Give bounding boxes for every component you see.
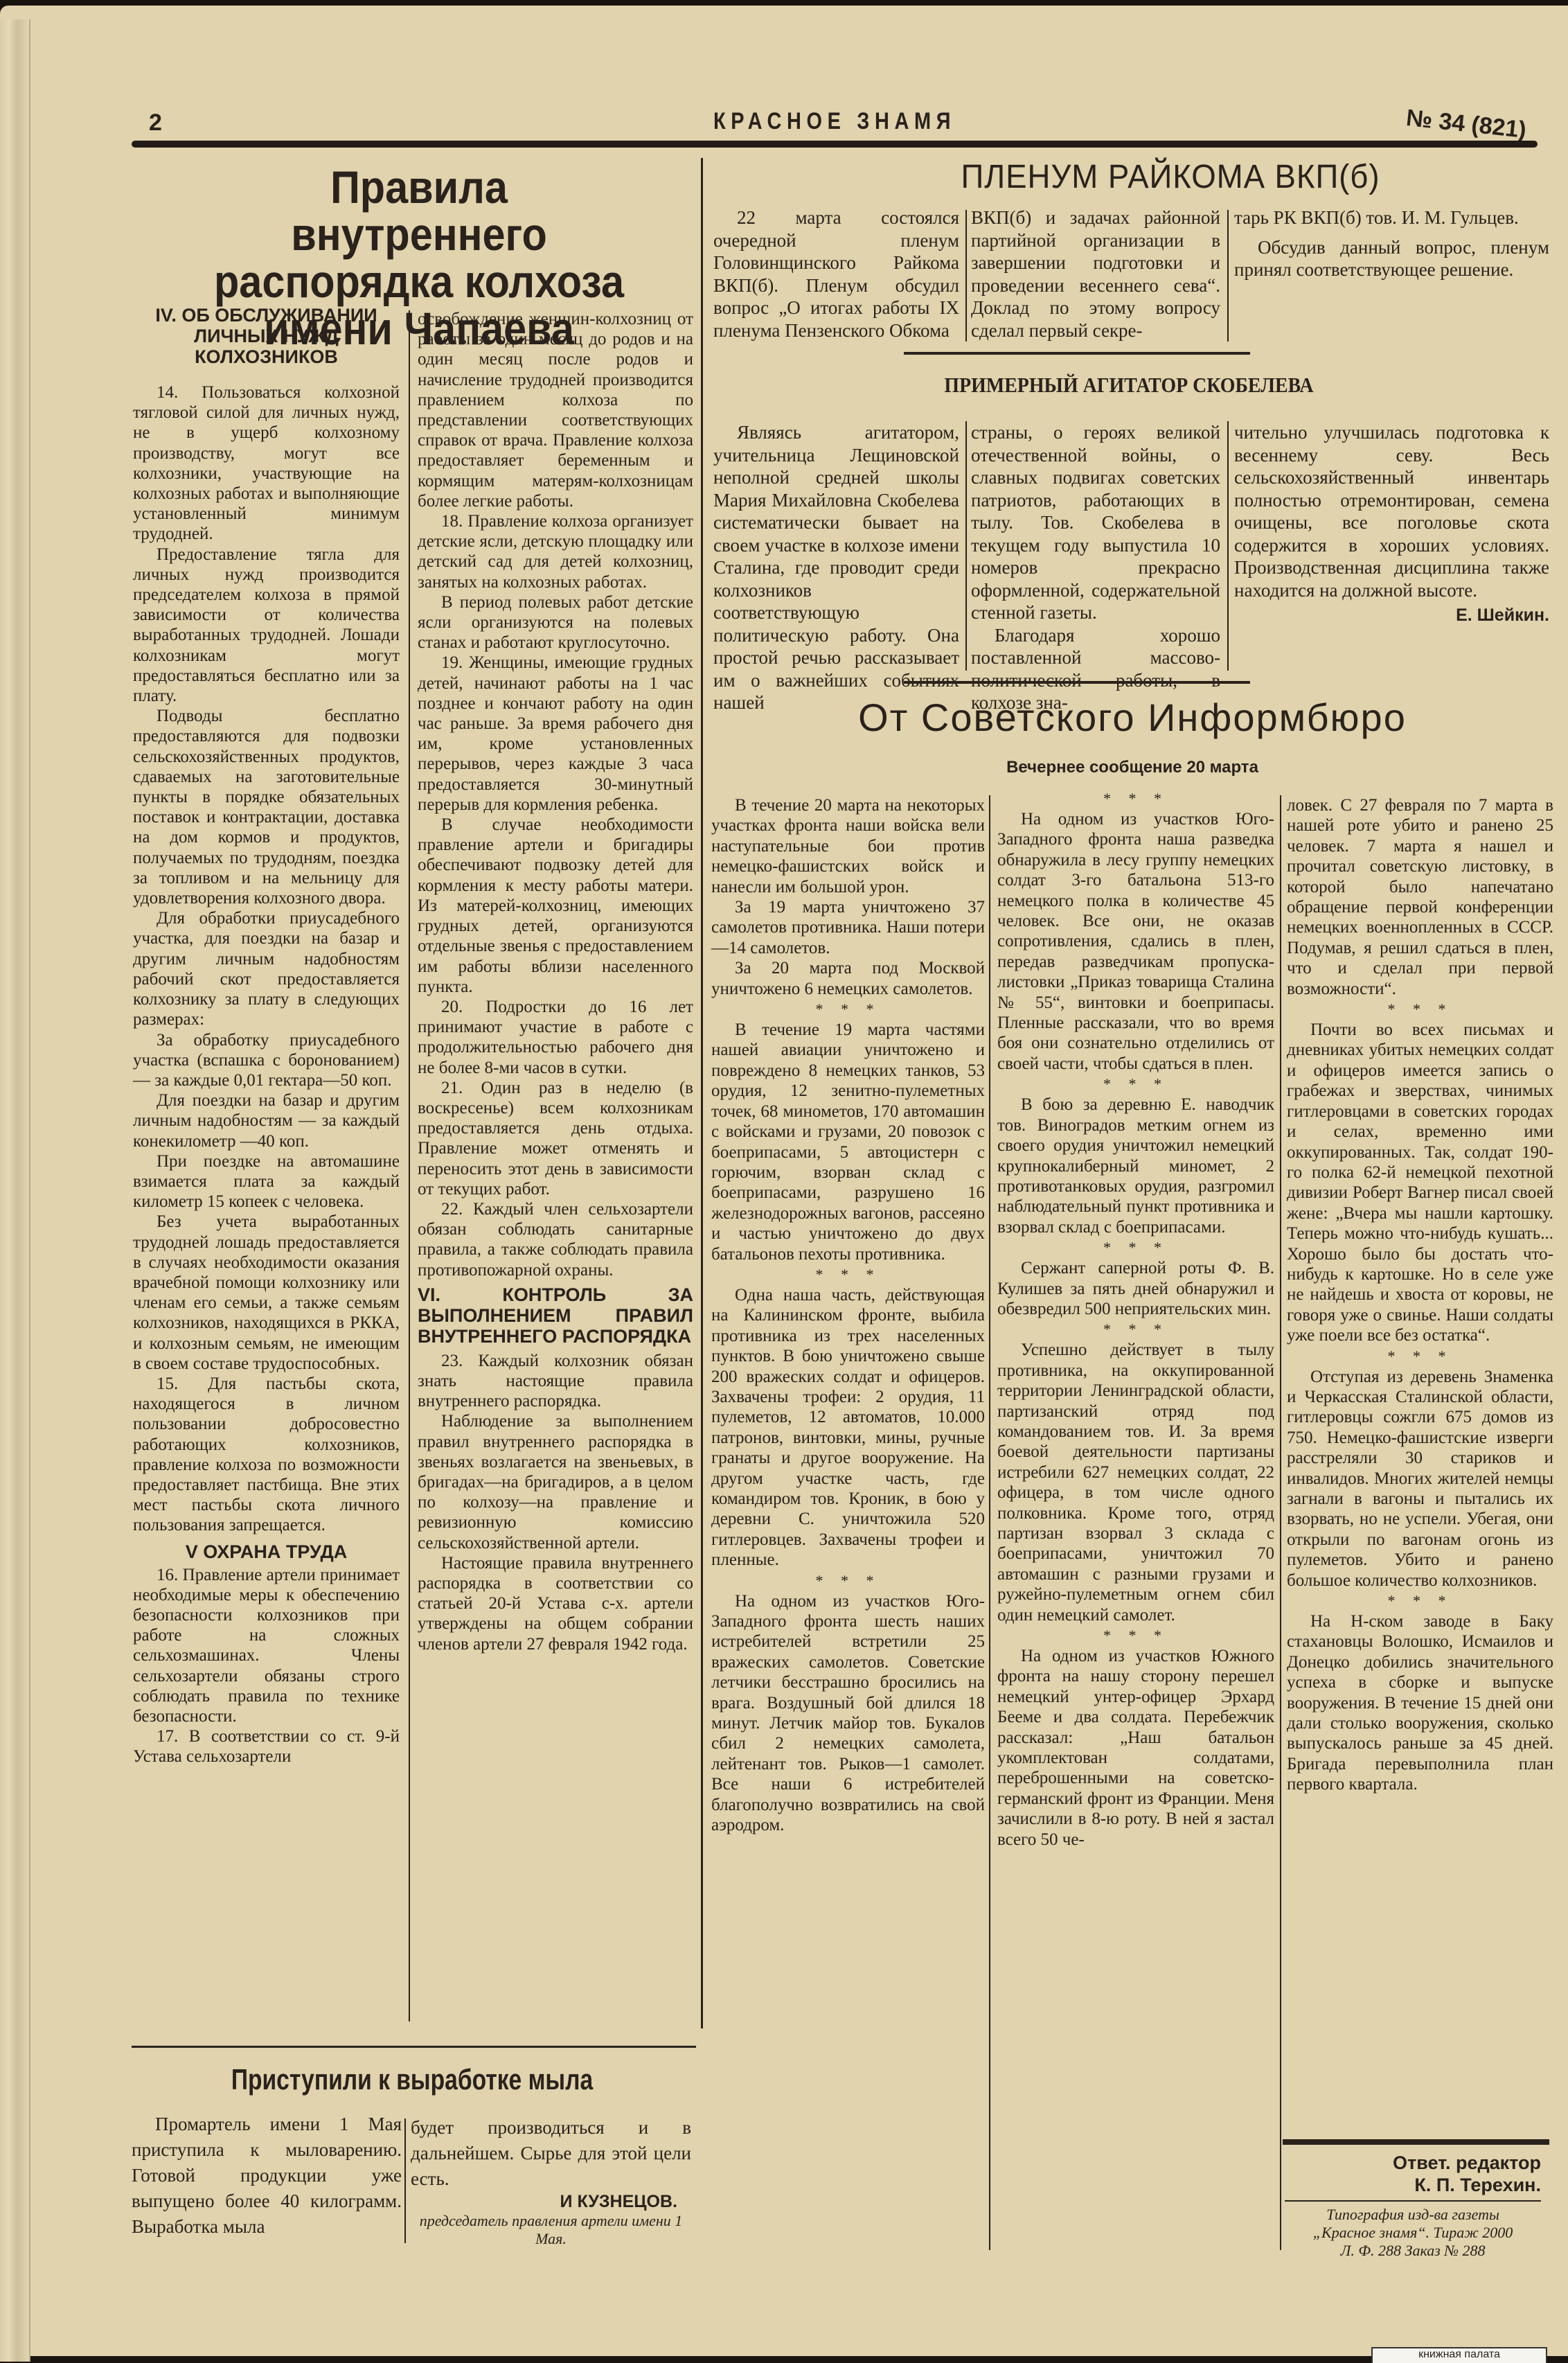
editor-label: Ответ. редактор: [1285, 2152, 1541, 2174]
paragraph: На Н-ском заводе в Баку стахановцы Волош…: [1287, 1611, 1553, 1795]
separator-stars: * * *: [997, 788, 1274, 809]
column-divider: [1227, 210, 1229, 342]
soap-author: И КУЗНЕЦОВ.: [411, 2192, 677, 2212]
paragraph: За 19 марта уничтожено 37 самолетов прот…: [711, 897, 985, 958]
paragraph: При поездке на автомашине взимается плат…: [133, 1151, 400, 1212]
paragraph: Сержант саперной роты Ф. В. Кулишев за п…: [997, 1258, 1274, 1319]
paragraph: 18. Правление колхоза организует детские…: [418, 511, 693, 592]
paragraph: В бою за деревню Е. наводчик тов. Виногр…: [997, 1095, 1274, 1237]
paragraph: Для поездки на базар и другим личным над…: [133, 1090, 400, 1151]
agitator-column-2: страны, о героях великой отечественной в…: [971, 421, 1220, 714]
separator-stars: * * *: [711, 1264, 985, 1285]
paragraph: Промартель имени 1 Мая приступила к мыло…: [132, 2112, 402, 2240]
paragraph: Одна наша часть, действующая на Калининс…: [711, 1285, 985, 1570]
paragraph: Отступая из деревень Знаменка и Черкасск…: [1287, 1367, 1553, 1591]
paragraph: страны, о героях великой отечественной в…: [971, 421, 1220, 624]
paragraph: 20. Подростки до 16 лет принимают участи…: [418, 997, 693, 1078]
rules-column-1: IV. ОБ ОБСЛУЖИВАНИИ ЛИЧНЫХ НУЖД КОЛХОЗНИ…: [133, 305, 400, 1767]
separator-stars: * * *: [997, 1625, 1274, 1646]
paragraph: будет производиться и в дальнейшем. Сырь…: [411, 2115, 691, 2192]
separator-stars: * * *: [711, 1570, 985, 1591]
section-divider: [132, 2046, 696, 2048]
paragraph: 22 марта состоялся очередной пленум Голо…: [713, 206, 959, 342]
paragraph: Настоящие правила внутреннего распорядка…: [418, 1553, 693, 1654]
archive-label: книжная палата: [1371, 2347, 1547, 2356]
imprint-divider: [1285, 2200, 1541, 2202]
paragraph: В случае необходимости правление артели …: [418, 815, 693, 997]
paragraph: На одном из участков Южного фронта на на…: [997, 1646, 1274, 1850]
column-divider: [701, 158, 703, 2028]
paragraph: 22. Каждый член сельхозартели обязан соб…: [418, 1199, 693, 1280]
separator-stars: * * *: [1287, 999, 1553, 1020]
paragraph: Почти во всех письмах и дневниках убитых…: [1287, 1020, 1553, 1346]
agitator-column-3: чительно улучшилась подготовка к весенне…: [1234, 421, 1549, 626]
printing-line-1: Типография изд-ва газеты: [1285, 2206, 1541, 2224]
paragraph: 16. Правление артели принимает необходим…: [133, 1565, 400, 1727]
soap-column-2: будет производиться и в дальнейшем. Сырь…: [411, 2115, 691, 2248]
page-binding-edge: [0, 19, 30, 2356]
masthead-rule: [132, 141, 1538, 148]
column-divider: [409, 310, 410, 2021]
plenum-headline: ПЛЕНУМ РАЙКОМА ВКП(б): [815, 158, 1526, 196]
printing-line-2: „Красное знамя“. Тираж 2000: [1285, 2224, 1541, 2242]
paragraph: Наблюдение за выполнением правил внутрен…: [418, 1411, 693, 1552]
section-v-heading: V ОХРАНА ТРУДА: [133, 1541, 400, 1562]
paragraph: За обработку приусадебного участка (вспа…: [133, 1030, 400, 1091]
paragraph: ВКП(б) и задачах районной партийной орга…: [971, 206, 1220, 342]
separator-stars: * * *: [997, 1237, 1274, 1258]
column-divider: [1280, 795, 1281, 2250]
separator-stars: * * *: [711, 999, 985, 1020]
paragraph: За 20 марта под Москвой уничтожено 6 нем…: [711, 958, 985, 999]
paragraph: 14. Пользоваться колхозной тягловой сило…: [133, 382, 400, 545]
separator-stars: * * *: [997, 1319, 1274, 1340]
paragraph: В течение 19 марта частями нашей авиации…: [711, 1020, 985, 1264]
editor-name: К. П. Терехин.: [1285, 2174, 1541, 2196]
section-divider: [904, 681, 1250, 684]
paragraph: Подводы бесплатно предоставляются для по…: [133, 706, 400, 908]
printing-line-3: Л. Ф. 288 Заказ № 288: [1285, 2242, 1541, 2260]
issue-number: № 34 (821): [1405, 105, 1527, 144]
separator-stars: * * *: [1287, 1346, 1553, 1367]
paragraph: освобождение женщин-колхозниц от работы …: [418, 309, 693, 511]
plenum-column-3: тарь РК ВКП(б) тов. И. М. Гульцев. Обсуд…: [1234, 206, 1549, 281]
rules-column-2: освобождение женщин-колхозниц от работы …: [418, 309, 693, 1654]
paragraph: 19. Женщины, имеющие грудных детей, начи…: [418, 653, 693, 815]
plenum-column-2: ВКП(б) и задачах районной партийной орга…: [971, 206, 1220, 342]
paragraph: Для обработки приусадебного участка, для…: [133, 908, 400, 1029]
paragraph: Предоставление тягла для личных нужд про…: [133, 545, 400, 707]
paragraph: На одном из участков Юго-Западного фронт…: [997, 809, 1274, 1074]
column-divider: [1227, 421, 1229, 671]
section-iv-heading: IV. ОБ ОБСЛУЖИВАНИИ ЛИЧНЫХ НУЖД КОЛХОЗНИ…: [133, 305, 400, 367]
sovinformburo-column-3: ловек. С 27 февраля по 7 марта в нашей р…: [1287, 795, 1553, 1795]
paragraph: В период полевых работ детские ясли орга…: [418, 592, 693, 653]
sovinformburo-headline: От Советского Информбюро: [720, 695, 1544, 740]
sovinformburo-subheadline: Вечернее сообщение 20 марта: [720, 758, 1544, 777]
paragraph: Успешно действует в тылу противника, на …: [997, 1340, 1274, 1625]
paragraph: Без учета выработанных трудодней лошадь …: [133, 1212, 400, 1374]
sovinformburo-column-2: * * * На одном из участков Юго-Западного…: [997, 788, 1274, 1850]
paragraph: 17. В соответствии со ст. 9-й Устава сел…: [133, 1726, 400, 1767]
paragraph: В течение 20 марта на некоторых участках…: [711, 795, 985, 897]
section-vi-heading: VI. КОНТРОЛЬ ЗА ВЫПОЛНЕНИЕМ ПРАВИЛ ВНУТР…: [418, 1284, 693, 1347]
column-divider: [989, 795, 990, 2250]
paragraph: чительно улучшилась подготовка к весенне…: [1234, 421, 1549, 601]
column-divider: [965, 210, 967, 342]
page-number: 2: [149, 109, 162, 136]
paragraph: 23. Каждый колхозник обязан знать настоя…: [418, 1351, 693, 1412]
separator-stars: * * *: [997, 1074, 1274, 1095]
soap-author-title: председатель правления артели имени 1 Ма…: [411, 2212, 691, 2248]
paragraph: На одном из участков Юго-Западного фронт…: [711, 1591, 985, 1836]
plenum-column-1: 22 марта состоялся очередной пленум Голо…: [713, 206, 959, 342]
newspaper-page: 2 КРАСНОЕ ЗНАМЯ № 34 (821) Правила внутр…: [0, 6, 1568, 2356]
agitator-column-1: Являясь агитатором, учительница Лещиновс…: [713, 421, 959, 714]
paragraph: тарь РК ВКП(б) тов. И. М. Гульцев.: [1234, 206, 1549, 229]
agitator-author: Е. Шейкин.: [1234, 605, 1549, 626]
paragraph: Обсудив данный вопрос, пленум принял соо…: [1234, 236, 1549, 281]
paragraph: 21. Один раз в неделю (в воскресенье) вс…: [418, 1078, 693, 1199]
separator-stars: * * *: [1287, 1591, 1553, 1611]
column-divider: [404, 2118, 406, 2243]
imprint-block: Ответ. редактор К. П. Терехин. Типографи…: [1285, 2152, 1541, 2260]
newspaper-name: КРАСНОЕ ЗНАМЯ: [713, 108, 956, 135]
paragraph: ловек. С 27 февраля по 7 марта в нашей р…: [1287, 795, 1553, 999]
paragraph: Являясь агитатором, учительница Лещиновс…: [713, 421, 959, 714]
agitator-headline: ПРИМЕРНЫЙ АГИТАТОР СКОБЕЛЕВА: [767, 373, 1490, 398]
paragraph: 15. Для пастьбы скота, находящегося в ли…: [133, 1374, 400, 1536]
soap-headline: Приступили к выработке мыла: [193, 2063, 631, 2096]
imprint-rule: [1283, 2139, 1549, 2145]
column-divider: [965, 421, 967, 671]
sovinformburo-column-1: В течение 20 марта на некоторых участках…: [711, 795, 985, 1836]
section-divider: [904, 352, 1250, 355]
soap-column-1: Промартель имени 1 Мая приступила к мыло…: [132, 2112, 402, 2240]
